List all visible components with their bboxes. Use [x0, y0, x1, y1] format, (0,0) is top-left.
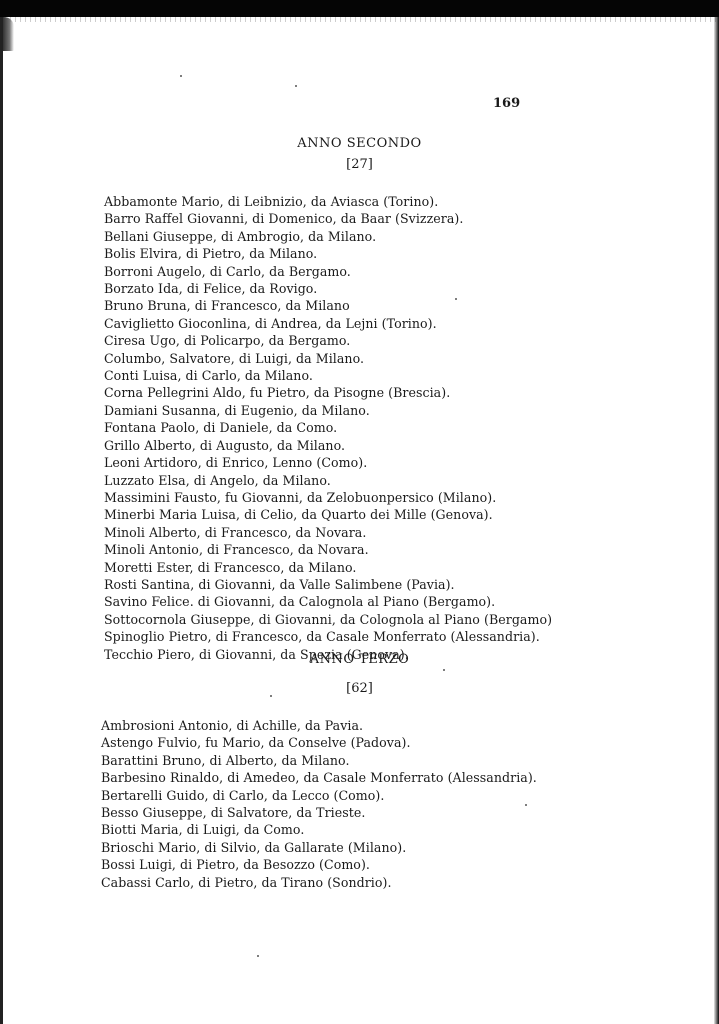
list-item: Caviglietto Gioconlina, di Andrea, da Le…: [104, 315, 552, 332]
student-list-anno-terzo: Ambrosioni Antonio, di Achille, da Pavia…: [101, 717, 537, 891]
list-item: Bolis Elvira, di Pietro, da Milano.: [104, 245, 552, 262]
list-item: Barro Raffel Giovanni, di Domenico, da B…: [104, 210, 552, 227]
list-item: Ciresa Ugo, di Policarpo, da Bergamo.: [104, 332, 552, 349]
list-item: Corna Pellegrini Aldo, fu Pietro, da Pis…: [104, 384, 552, 401]
list-item: Biotti Maria, di Luigi, da Como.: [101, 821, 537, 838]
list-item: Barattini Bruno, di Alberto, da Milano.: [101, 752, 537, 769]
list-item: Minoli Alberto, di Francesco, da Novara.: [104, 524, 552, 541]
scan-speck: [443, 669, 445, 671]
list-item: Damiani Susanna, di Eugenio, da Milano.: [104, 402, 552, 419]
list-item: Columbo, Salvatore, di Luigi, da Milano.: [104, 350, 552, 367]
list-item: Ambrosioni Antonio, di Achille, da Pavia…: [101, 717, 537, 734]
list-item: Barbesino Rinaldo, di Amedeo, da Casale …: [101, 769, 537, 786]
section-count-anno-secondo: [27]: [0, 157, 719, 172]
list-item: Abbamonte Mario, di Leibnizio, da Aviasc…: [104, 193, 552, 210]
scan-noise: [0, 16, 719, 22]
list-item: Rosti Santina, di Giovanni, da Valle Sal…: [104, 576, 552, 593]
list-item: Borroni Augelo, di Carlo, da Bergamo.: [104, 263, 552, 280]
list-item: Grillo Alberto, di Augusto, da Milano.: [104, 437, 552, 454]
scan-speck: [180, 75, 182, 77]
page-number: 169: [493, 96, 520, 111]
list-item: Moretti Ester, di Francesco, da Milano.: [104, 559, 552, 576]
list-item: Besso Giuseppe, di Salvatore, da Trieste…: [101, 804, 537, 821]
scan-smudge: [3, 17, 14, 51]
list-item: Cabassi Carlo, di Pietro, da Tirano (Son…: [101, 874, 537, 891]
student-list-anno-secondo: Abbamonte Mario, di Leibnizio, da Aviasc…: [104, 193, 552, 663]
list-item: Conti Luisa, di Carlo, da Milano.: [104, 367, 552, 384]
list-item: Bruno Bruna, di Francesco, da Milano: [104, 297, 552, 314]
list-item: Savino Felice. di Giovanni, da Calognola…: [104, 593, 552, 610]
list-item: Brioschi Mario, di Silvio, da Gallarate …: [101, 839, 537, 856]
list-item: Bossi Luigi, di Pietro, da Besozzo (Como…: [101, 856, 537, 873]
scan-top-border: [0, 0, 719, 17]
scan-speck: [295, 85, 297, 87]
list-item: Fontana Paolo, di Daniele, da Como.: [104, 419, 552, 436]
list-item: Bertarelli Guido, di Carlo, da Lecco (Co…: [101, 787, 537, 804]
list-item: Minoli Antonio, di Francesco, da Novara.: [104, 541, 552, 558]
list-item: Borzato Ida, di Felice, da Rovigo.: [104, 280, 552, 297]
section-heading-anno-secondo: ANNO SECONDO: [0, 136, 719, 151]
scan-speck: [257, 955, 259, 957]
list-item: Spinoglio Pietro, di Francesco, da Casal…: [104, 628, 552, 645]
list-item: Massimini Fausto, fu Giovanni, da Zelobu…: [104, 489, 552, 506]
list-item: Leoni Artidoro, di Enrico, Lenno (Como).: [104, 454, 552, 471]
scanned-page: 169 ANNO SECONDO [27] Abbamonte Mario, d…: [0, 0, 719, 1024]
list-item: Luzzato Elsa, di Angelo, da Milano.: [104, 472, 552, 489]
list-item: Bellani Giuseppe, di Ambrogio, da Milano…: [104, 228, 552, 245]
list-item: Sottocornola Giuseppe, di Giovanni, da C…: [104, 611, 552, 628]
section-heading-anno-terzo: ANNO TERZO: [0, 652, 719, 667]
section-count-anno-terzo: [62]: [0, 681, 719, 696]
list-item: Minerbi Maria Luisa, di Celio, da Quarto…: [104, 506, 552, 523]
list-item: Astengo Fulvio, fu Mario, da Conselve (P…: [101, 734, 537, 751]
